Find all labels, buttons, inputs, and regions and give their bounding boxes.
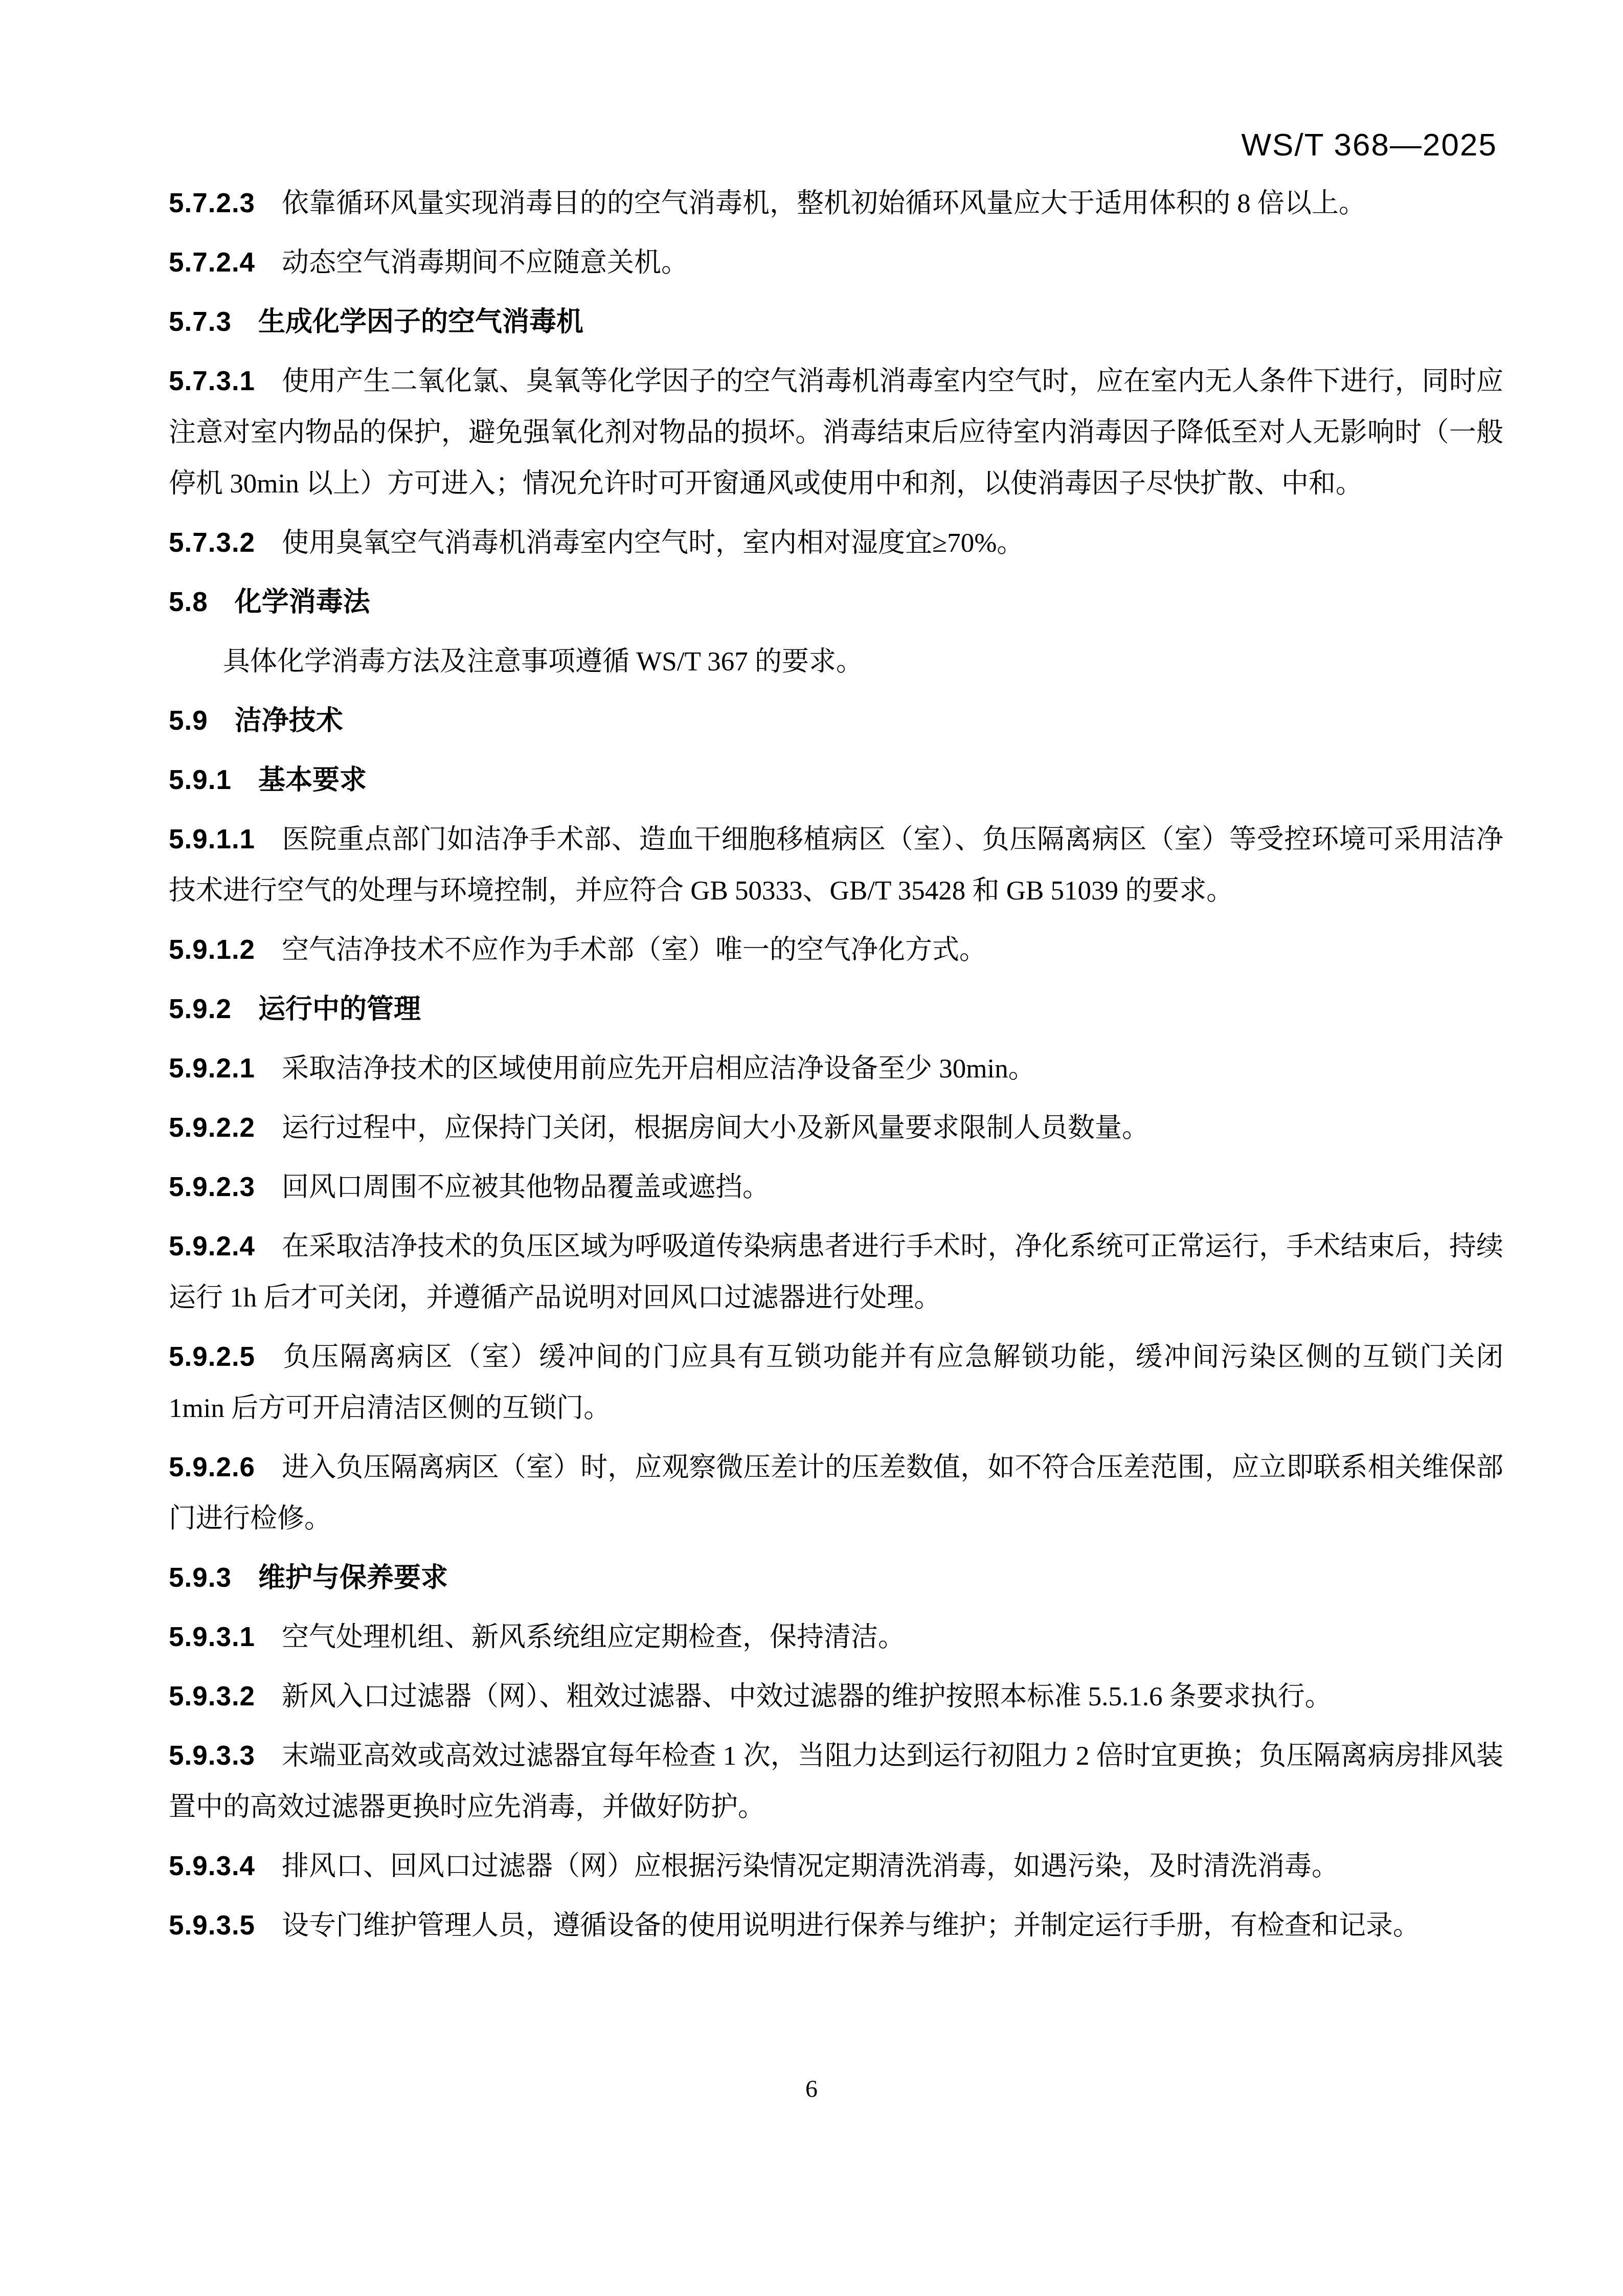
clause-paragraph: 5.9.3.4排风口、回风口过滤器（网）应根据污染情况定期清洗消毒，如遇污染，及… — [169, 1841, 1503, 1892]
clause-text: 排风口、回风口过滤器（网）应根据污染情况定期清洗消毒，如遇污染，及时清洗消毒。 — [282, 1852, 1339, 1881]
clause-text: 空气处理机组、新风系统组应定期检查，保持清洁。 — [282, 1623, 905, 1652]
clause-text: 运行中的管理 — [258, 994, 421, 1024]
clause-paragraph: 5.9.1.1医院重点部门如洁净手术部、造血干细胞移植病区（室）、负压隔离病区（… — [169, 814, 1503, 916]
clause-paragraph: 5.9.1.2空气洁净技术不应作为手术部（室）唯一的空气净化方式。 — [169, 925, 1503, 976]
clause-text: 空气洁净技术不应作为手术部（室）唯一的空气净化方式。 — [282, 935, 986, 965]
clause-paragraph: 5.9.3.3末端亚高效或高效过滤器宜每年检查 1 次，当阻力达到运行初阻力 2… — [169, 1730, 1503, 1833]
section-heading: 5.9.1基本要求 — [169, 755, 1503, 806]
clause-paragraph: 5.9.2.3回风口周围不应被其他物品覆盖或遮挡。 — [169, 1162, 1503, 1213]
clause-paragraph: 5.9.2.4在采取洁净技术的负压区域为呼吸道传染病患者进行手术时，净化系统可正… — [169, 1221, 1503, 1323]
section-heading: 5.9.3维护与保养要求 — [169, 1552, 1503, 1604]
document-body: 5.7.2.3依靠循环风量实现消毒目的的空气消毒机，整机初始循环风量应大于适用体… — [169, 178, 1503, 1960]
clause-text: 使用臭氧空气消毒机消毒室内空气时，室内相对湿度宜≥70%。 — [282, 528, 1024, 558]
clause-number: 5.9.2.3 — [169, 1172, 255, 1202]
clause-text: 使用产生二氧化氯、臭氧等化学因子的空气消毒机消毒室内空气时，应在室内无人条件下进… — [169, 367, 1503, 499]
clause-number: 5.9.3.3 — [169, 1741, 255, 1771]
clause-number: 5.9.2.1 — [169, 1053, 255, 1084]
clause-text: 洁净技术 — [235, 706, 343, 736]
page-number: 6 — [0, 2075, 1623, 2103]
clause-number: 5.9.3.5 — [169, 1910, 255, 1941]
clause-text: 具体化学消毒方法及注意事项遵循 WS/T 367 的要求。 — [223, 647, 863, 677]
clause-number: 5.9.2.2 — [169, 1113, 255, 1143]
clause-number: 5.7.3.2 — [169, 528, 255, 558]
section-heading: 5.8化学消毒法 — [169, 577, 1503, 628]
clause-paragraph: 5.7.2.4动态空气消毒期间不应随意关机。 — [169, 237, 1503, 288]
clause-number: 5.9.1.1 — [169, 824, 255, 854]
clause-number: 5.7.2.4 — [169, 247, 255, 278]
clause-text: 设专门维护管理人员，遵循设备的使用说明进行保养与维护；并制定运行手册，有检查和记… — [282, 1911, 1420, 1941]
clause-number: 5.9.3.4 — [169, 1851, 255, 1881]
clause-number: 5.9.1.2 — [169, 935, 255, 965]
clause-paragraph: 5.9.2.1采取洁净技术的区域使用前应先开启相应洁净设备至少 30min。 — [169, 1043, 1503, 1094]
clause-text: 动态空气消毒期间不应随意关机。 — [282, 248, 688, 278]
clause-number: 5.9.3 — [169, 1563, 232, 1593]
clause-paragraph: 5.9.2.2运行过程中，应保持门关闭，根据房间大小及新风量要求限制人员数量。 — [169, 1102, 1503, 1154]
section-heading: 5.9洁净技术 — [169, 695, 1503, 747]
clause-text: 依靠循环风量实现消毒目的的空气消毒机，整机初始循环风量应大于适用体积的 8 倍以… — [282, 189, 1366, 218]
clause-paragraph: 5.7.3.1使用产生二氧化氯、臭氧等化学因子的空气消毒机消毒室内空气时，应在室… — [169, 356, 1503, 509]
clause-text: 维护与保养要求 — [258, 1563, 448, 1593]
clause-number: 5.8 — [169, 587, 208, 617]
clause-paragraph: 5.9.3.2新风入口过滤器（网）、粗效过滤器、中效过滤器的维护按照本标准 5.… — [169, 1671, 1503, 1722]
clause-paragraph: 5.7.3.2使用臭氧空气消毒机消毒室内空气时，室内相对湿度宜≥70%。 — [169, 517, 1503, 569]
clause-text: 采取洁净技术的区域使用前应先开启相应洁净设备至少 30min。 — [282, 1054, 1035, 1084]
clause-text: 进入负压隔离病区（室）时，应观察微压差计的压差数值，如不符合压差范围，应立即联系… — [169, 1453, 1503, 1534]
standard-number-header: WS/T 368—2025 — [1242, 127, 1497, 163]
clause-paragraph: 5.9.2.6进入负压隔离病区（室）时，应观察微压差计的压差数值，如不符合压差范… — [169, 1442, 1503, 1544]
clause-number: 5.9.2.4 — [169, 1231, 255, 1262]
clause-number: 5.9.3.2 — [169, 1681, 255, 1712]
clause-paragraph: 5.9.3.5设专门维护管理人员，遵循设备的使用说明进行保养与维护；并制定运行手… — [169, 1900, 1503, 1951]
clause-number: 5.7.2.3 — [169, 188, 255, 218]
section-heading: 5.7.3生成化学因子的空气消毒机 — [169, 297, 1503, 348]
clause-text: 生成化学因子的空气消毒机 — [258, 307, 583, 337]
clause-number: 5.9 — [169, 706, 208, 736]
clause-text: 在采取洁净技术的负压区域为呼吸道传染病患者进行手术时，净化系统可正常运行，手术结… — [169, 1232, 1503, 1313]
clause-number: 5.7.3 — [169, 307, 232, 337]
section-heading: 5.9.2运行中的管理 — [169, 984, 1503, 1035]
clause-text: 回风口周围不应被其他物品覆盖或遮挡。 — [282, 1173, 770, 1202]
clause-number: 5.9.1 — [169, 765, 232, 795]
clause-paragraph: 5.9.3.1空气处理机组、新风系统组应定期检查，保持清洁。 — [169, 1612, 1503, 1663]
clause-text: 新风入口过滤器（网）、粗效过滤器、中效过滤器的维护按照本标准 5.5.1.6 条… — [282, 1682, 1332, 1712]
clause-number: 5.7.3.1 — [169, 366, 255, 396]
clause-number: 5.9.2 — [169, 994, 232, 1024]
clause-number: 5.9.3.1 — [169, 1622, 255, 1652]
clause-number: 5.9.2.5 — [169, 1342, 255, 1372]
clause-text: 末端亚高效或高效过滤器宜每年检查 1 次，当阻力达到运行初阻力 2 倍时宜更换；… — [169, 1741, 1503, 1822]
clause-text: 基本要求 — [258, 765, 367, 795]
clause-text: 化学消毒法 — [235, 587, 370, 617]
clause-number: 5.9.2.6 — [169, 1452, 255, 1482]
clause-paragraph: 5.7.2.3依靠循环风量实现消毒目的的空气消毒机，整机初始循环风量应大于适用体… — [169, 178, 1503, 229]
clause-text: 医院重点部门如洁净手术部、造血干细胞移植病区（室）、负压隔离病区（室）等受控环境… — [169, 825, 1503, 906]
clause-text: 负压隔离病区（室）缓冲间的门应具有互锁功能并有应急解锁功能，缓冲间污染区侧的互锁… — [169, 1342, 1503, 1423]
clause-paragraph: 5.9.2.5负压隔离病区（室）缓冲间的门应具有互锁功能并有应急解锁功能，缓冲间… — [169, 1332, 1503, 1434]
document-page: WS/T 368—2025 5.7.2.3依靠循环风量实现消毒目的的空气消毒机，… — [0, 0, 1623, 2296]
body-paragraph: 具体化学消毒方法及注意事项遵循 WS/T 367 的要求。 — [169, 636, 1503, 687]
clause-text: 运行过程中，应保持门关闭，根据房间大小及新风量要求限制人员数量。 — [282, 1113, 1149, 1143]
